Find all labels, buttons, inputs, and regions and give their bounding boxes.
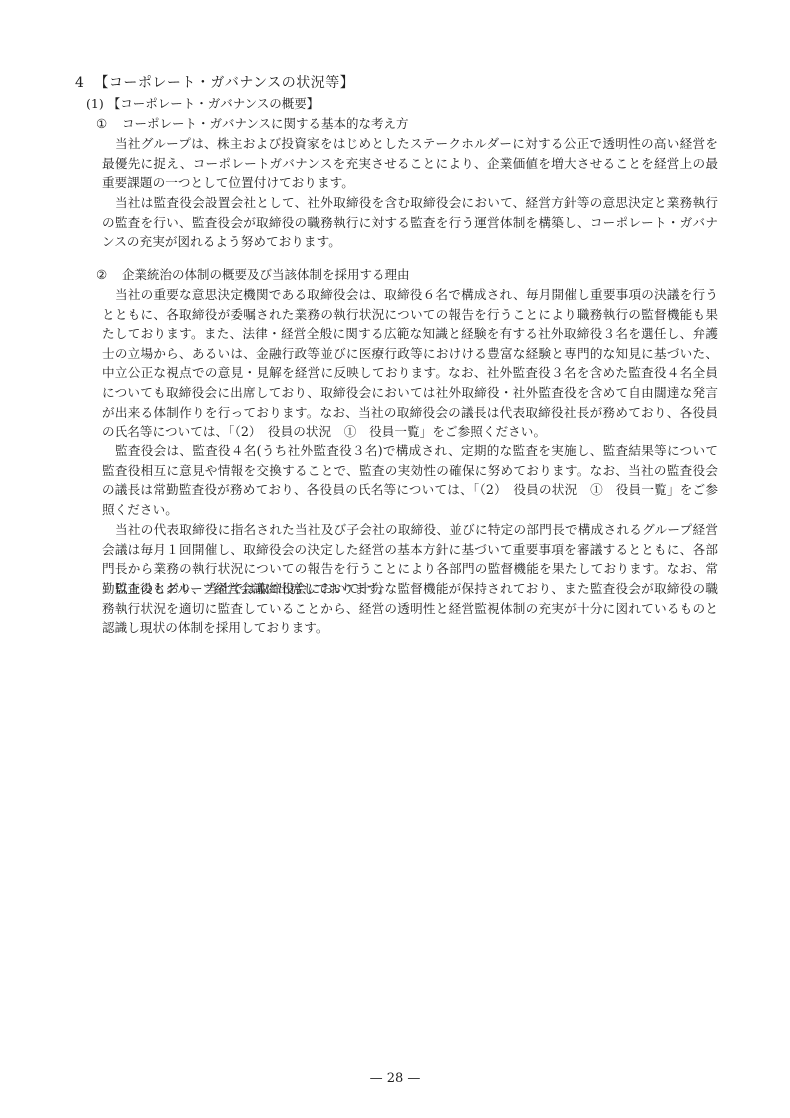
item-title: 企業統治の体制の概要及び当該体制を採用する理由: [122, 267, 410, 282]
item-number: ①: [96, 116, 122, 132]
section-number: 4: [75, 75, 84, 91]
paragraph: 当社の重要な意思決定機関である取締役会は、取締役６名で構成され、毎月開催し重要事…: [102, 285, 718, 442]
paragraph: 監査役会は、監査役４名(うち社外監査役３名)で構成され、定期的な監査を実施し、監…: [102, 441, 718, 519]
document-page: 4 【コーポレート・ガバナンスの状況等】 (1) 【コーポレート・ガバナンスの概…: [0, 0, 790, 1118]
section-heading: 4 【コーポレート・ガバナンスの状況等】: [75, 74, 354, 92]
subsection-title: 【コーポレート・ガバナンスの概要】: [108, 96, 320, 111]
item-number: ②: [96, 267, 122, 283]
page-number: — 28 —: [0, 1071, 790, 1086]
paragraph: 当社は監査役会設置会社として、社外取締役を含む取締役会において、経営方針等の意思…: [102, 193, 718, 252]
section-title: 【コーポレート・ガバナンスの状況等】: [94, 75, 354, 91]
paragraph: 以上のとおり、当社では取締役会において十分な監督機能が保持されており、また監査役…: [102, 579, 718, 638]
subsection-heading: (1) 【コーポレート・ガバナンスの概要】: [86, 96, 319, 112]
paragraph: 当社グループは、株主および投資家をはじめとしたステークホルダーに対する公正で透明…: [102, 134, 718, 193]
subsection-number: (1): [86, 96, 104, 111]
item-heading-1: ①コーポレート・ガバナンスに関する基本的な考え方: [96, 116, 409, 132]
item-title: コーポレート・ガバナンスに関する基本的な考え方: [122, 116, 409, 131]
item-heading-2: ②企業統治の体制の概要及び当該体制を採用する理由: [96, 267, 410, 283]
